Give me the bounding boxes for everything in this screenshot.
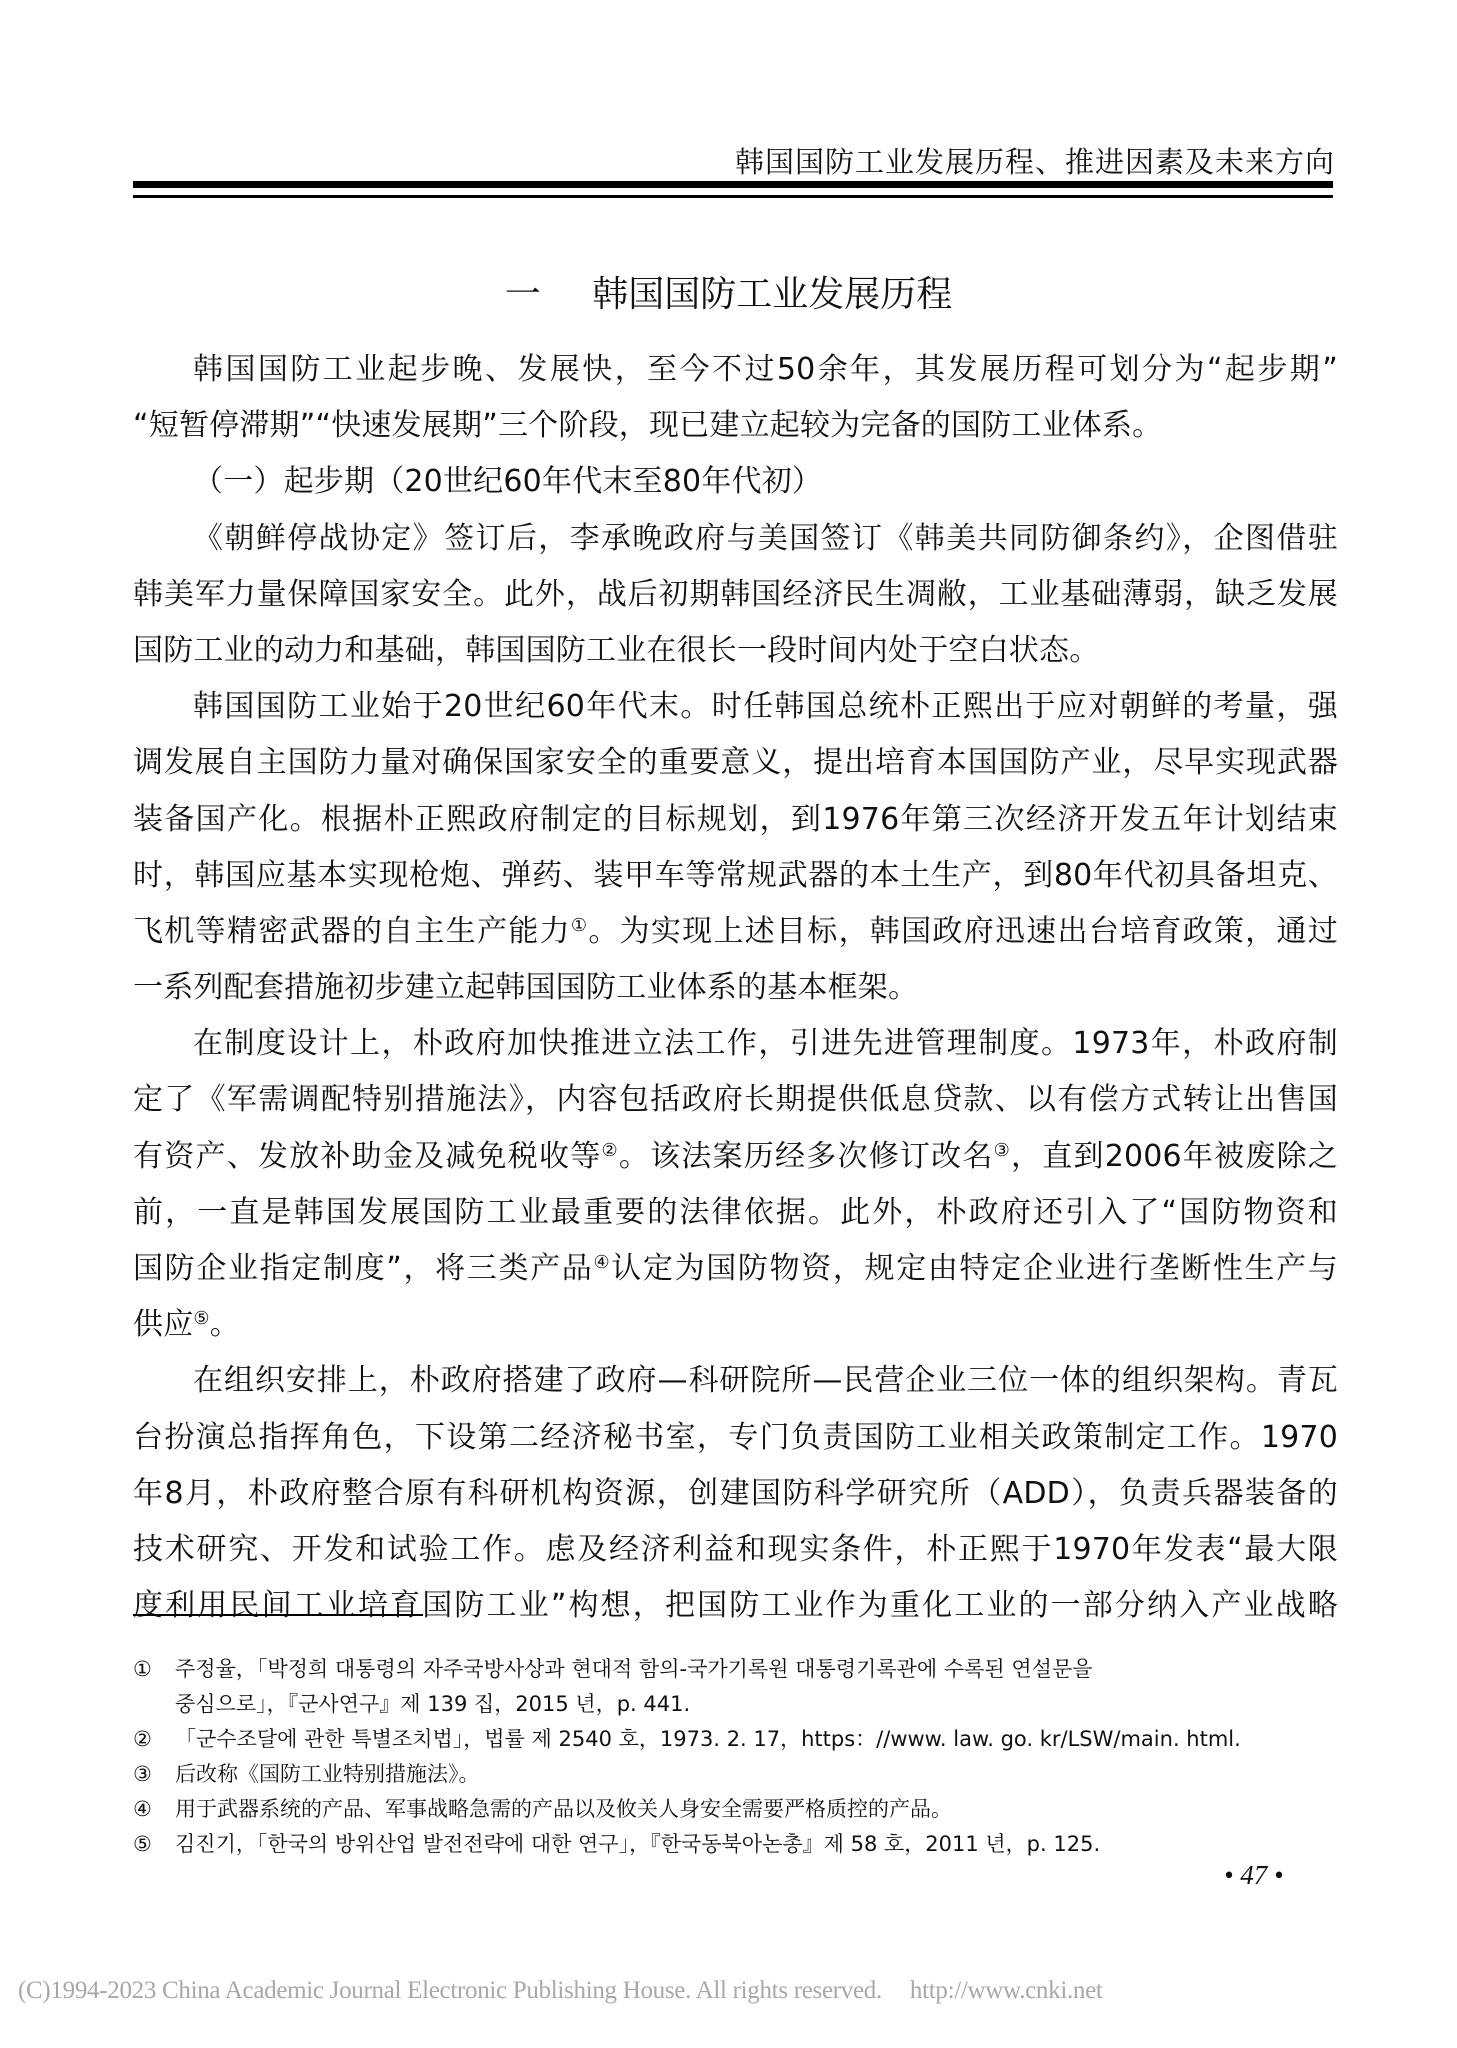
line-text: 有资产、发放补助金及减免税收等 <box>133 1139 601 1174</box>
line-text: 在组织安排上，朴政府搭建了政府—科研院所—民营企业三位一体的组织架构。青瓦 <box>193 1363 1338 1398</box>
line-text: 台扮演总指挥角色，下设第二经济秘书室，专门负责国防工业相关政策制定工作。1970 <box>133 1420 1338 1455</box>
body-line: 国防工业的动力和基础，韩国国防工业在很长一段时间内处于空白状态。 <box>133 623 1338 679</box>
page-number: • 47 • <box>1224 1860 1283 1891</box>
footnote-text: 「군수조달에 관한 특별조치법」，법률 제 2540 호，1973. 2. 17… <box>175 1727 1241 1751</box>
footnote-ref[interactable]: ⑤ <box>193 1308 209 1329</box>
footnote-marker: ① <box>133 1652 152 1687</box>
body-line: 调发展自主国防力量对确保国家安全的重要意义，提出培育本国国防产业，尽早实现武器 <box>133 735 1338 791</box>
body-line: 在组织安排上，朴政府搭建了政府—科研院所—民营企业三位一体的组织架构。青瓦 <box>133 1353 1338 1409</box>
line-text: 时，韩国应基本实现枪炮、弹药、装甲车等常规武器的本土生产，到80年代初具备坦克、 <box>133 858 1338 893</box>
body-line: 度利用民间工业培育国防工业”构想，把国防工业作为重化工业的一部分纳入产业战略 <box>133 1578 1338 1634</box>
body-text: 韩国国防工业起步晚、发展快，至今不过50余年，其发展历程可划分为“起步期”“短暂… <box>133 342 1338 1634</box>
section-number: 一 <box>505 274 541 315</box>
footnote-text-continued: 중심으로」，『군사연구』제 139 집，2015 년，p. 441. <box>175 1687 1343 1722</box>
body-line: 一系列配套措施初步建立起韩国国防工业体系的基本框架。 <box>133 960 1338 1016</box>
footnote-text: 用于武器系统的产品、军事战略急需的产品以及攸关人身安全需要严格质控的产品。 <box>175 1797 952 1821</box>
footnote-marker: ② <box>133 1722 152 1757</box>
line-text: 。 <box>210 1307 240 1342</box>
copyright-notice: (C)1994-2023 China Academic Journal Elec… <box>18 1977 1438 2005</box>
footnote: ⑤김진기，「한국의 방위산업 발전전략에 대한 연구」，『한국동북아논총』제 5… <box>133 1827 1343 1862</box>
header-rule-thick <box>133 181 1333 188</box>
line-text: 飞机等精密武器的自主生产能力 <box>133 914 571 949</box>
body-line: 技术研究、开发和试验工作。虑及经济利益和现实条件，朴正熙于1970年发表“最大限 <box>133 1522 1338 1578</box>
line-text: 技术研究、开发和试验工作。虑及经济利益和现实条件，朴正熙于1970年发表“最大限 <box>133 1532 1338 1567</box>
header-rule-thin <box>133 195 1333 198</box>
line-text: “短暂停滞期”“快速发展期”三个阶段，现已建立起较为完备的国防工业体系。 <box>133 408 1162 443</box>
body-line: 国防企业指定制度”，将三类产品④认定为国防物资，规定由特定企业进行垄断性生产与 <box>133 1241 1338 1297</box>
line-text: 度利用民间工业培育国防工业”构想，把国防工业作为重化工业的一部分纳入产业战略 <box>133 1588 1338 1623</box>
section-title: 一 韩国国防工业发展历程 <box>0 266 1457 317</box>
footnote: ③后改称《国防工业特别措施法》。 <box>133 1757 1343 1792</box>
copyright-text: (C)1994-2023 China Academic Journal Elec… <box>18 1977 882 2004</box>
line-text: 国防企业指定制度”，将三类产品 <box>133 1251 593 1286</box>
body-line: 定了《军需调配特别措施法》，内容包括政府长期提供低息贷款、以有偿方式转让出售国 <box>133 1072 1338 1128</box>
line-text: 装备国产化。根据朴正熙政府制定的目标规划，到1976年第三次经济开发五年计划结束 <box>133 802 1338 837</box>
footnote: ①주정율，「박정희 대통령의 자주국방사상과 현대적 함의-국가기록원 대통령기… <box>133 1652 1343 1722</box>
copyright-url[interactable]: http://www.cnki.net <box>910 1977 1103 2004</box>
body-line: 韩国国防工业始于20世纪60年代末。时任韩国总统朴正熙出于应对朝鲜的考量，强 <box>133 679 1338 735</box>
footnotes: ①주정율，「박정희 대통령의 자주국방사상과 현대적 함의-국가기록원 대통령기… <box>133 1652 1343 1862</box>
body-line: 装备国产化。根据朴正熙政府制定的目标规划，到1976年第三次经济开发五年计划结束 <box>133 792 1338 848</box>
body-line: 飞机等精密武器的自主生产能力①。为实现上述目标，韩国政府迅速出台培育政策，通过 <box>133 904 1338 960</box>
footnote-marker: ④ <box>133 1792 152 1827</box>
line-text: 。为实现上述目标，韩国政府迅速出台培育政策，通过 <box>588 914 1338 949</box>
footnote-ref[interactable]: ③ <box>994 1140 1011 1161</box>
footnote-ref[interactable]: ④ <box>593 1252 611 1273</box>
line-text: 认定为国防物资，规定由特定企业进行垄断性生产与 <box>611 1251 1338 1286</box>
body-line: 有资产、发放补助金及减免税收等②。该法案历经多次修订改名③，直到2006年被废除… <box>133 1129 1338 1185</box>
line-text: （一）起步期（20世纪60年代末至80年代初） <box>193 464 822 499</box>
body-line: 前，一直是韩国发展国防工业最重要的法律依据。此外，朴政府还引入了“国防物资和 <box>133 1185 1338 1241</box>
footnote-ref[interactable]: ① <box>571 915 588 936</box>
footnote-text: 주정율，「박정희 대통령의 자주국방사상과 현대적 함의-국가기록원 대통령기록… <box>175 1657 1093 1681</box>
line-text: 定了《军需调配特别措施法》，内容包括政府长期提供低息贷款、以有偿方式转让出售国 <box>133 1082 1338 1117</box>
line-text: 韩国国防工业起步晚、发展快，至今不过50余年，其发展历程可划分为“起步期” <box>193 352 1338 387</box>
body-line: 在制度设计上，朴政府加快推进立法工作，引进先进管理制度。1973年，朴政府制 <box>133 1016 1338 1072</box>
line-text: 年8月，朴政府整合原有科研机构资源，创建国防科学研究所（ADD），负责兵器装备的 <box>133 1476 1338 1511</box>
line-text: 。该法案历经多次修订改名 <box>619 1139 994 1174</box>
line-text: 《朝鲜停战协定》签订后，李承晚政府与美国签订《韩美共同防御条约》，企图借驻 <box>193 521 1338 556</box>
body-line: 供应⑤。 <box>133 1297 1338 1353</box>
line-text: ，直到2006年被废除之 <box>1011 1139 1338 1174</box>
footnote: ④用于武器系统的产品、军事战略急需的产品以及攸关人身安全需要严格质控的产品。 <box>133 1792 1343 1827</box>
body-line: 台扮演总指挥角色，下设第二经济秘书室，专门负责国防工业相关政策制定工作。1970 <box>133 1410 1338 1466</box>
footnote-marker: ③ <box>133 1757 152 1792</box>
line-text: 国防工业的动力和基础，韩国国防工业在很长一段时间内处于空白状态。 <box>133 633 1099 668</box>
section-title-text: 韩国国防工业发展历程 <box>592 274 952 315</box>
line-text: 供应 <box>133 1307 193 1342</box>
footnote-marker: ⑤ <box>133 1827 152 1862</box>
line-text: 韩国国防工业始于20世纪60年代末。时任韩国总统朴正熙出于应对朝鲜的考量，强 <box>193 689 1338 724</box>
running-header: 韩国国防工业发展历程、推进因素及未来方向 <box>735 140 1335 181</box>
footnote-separator <box>133 1614 423 1616</box>
line-text: 一系列配套措施初步建立起韩国国防工业体系的基本框架。 <box>133 970 918 1005</box>
line-text: 前，一直是韩国发展国防工业最重要的法律依据。此外，朴政府还引入了“国防物资和 <box>133 1195 1338 1230</box>
body-line: 韩国国防工业起步晚、发展快，至今不过50余年，其发展历程可划分为“起步期” <box>133 342 1338 398</box>
line-text: 在制度设计上，朴政府加快推进立法工作，引进先进管理制度。1973年，朴政府制 <box>193 1026 1338 1061</box>
line-text: 调发展自主国防力量对确保国家安全的重要意义，提出培育本国国防产业，尽早实现武器 <box>133 745 1338 780</box>
body-line: 年8月，朴政府整合原有科研机构资源，创建国防科学研究所（ADD），负责兵器装备的 <box>133 1466 1338 1522</box>
footnote-text: 김진기，「한국의 방위산업 발전전략에 대한 연구」，『한국동북아논총』제 58… <box>175 1832 1100 1856</box>
footnote-ref[interactable]: ② <box>601 1140 618 1161</box>
document-page: 韩国国防工业发展历程、推进因素及未来方向 一 韩国国防工业发展历程 韩国国防工业… <box>0 0 1457 2048</box>
line-text: 韩美军力量保障国家安全。此外，战后初期韩国经济民生凋敝，工业基础薄弱，缺乏发展 <box>133 577 1338 612</box>
footnote: ②「군수조달에 관한 특별조치법」，법률 제 2540 호，1973. 2. 1… <box>133 1722 1343 1757</box>
footnote-text: 后改称《国防工业特别措施法》。 <box>175 1762 480 1786</box>
body-line: “短暂停滞期”“快速发展期”三个阶段，现已建立起较为完备的国防工业体系。 <box>133 398 1338 454</box>
body-line: 时，韩国应基本实现枪炮、弹药、装甲车等常规武器的本土生产，到80年代初具备坦克、 <box>133 848 1338 904</box>
body-line: 韩美军力量保障国家安全。此外，战后初期韩国经济民生凋敝，工业基础薄弱，缺乏发展 <box>133 567 1338 623</box>
subsection-heading: （一）起步期（20世纪60年代末至80年代初） <box>133 454 1338 510</box>
body-line: 《朝鲜停战协定》签订后，李承晚政府与美国签订《韩美共同防御条约》，企图借驻 <box>133 511 1338 567</box>
